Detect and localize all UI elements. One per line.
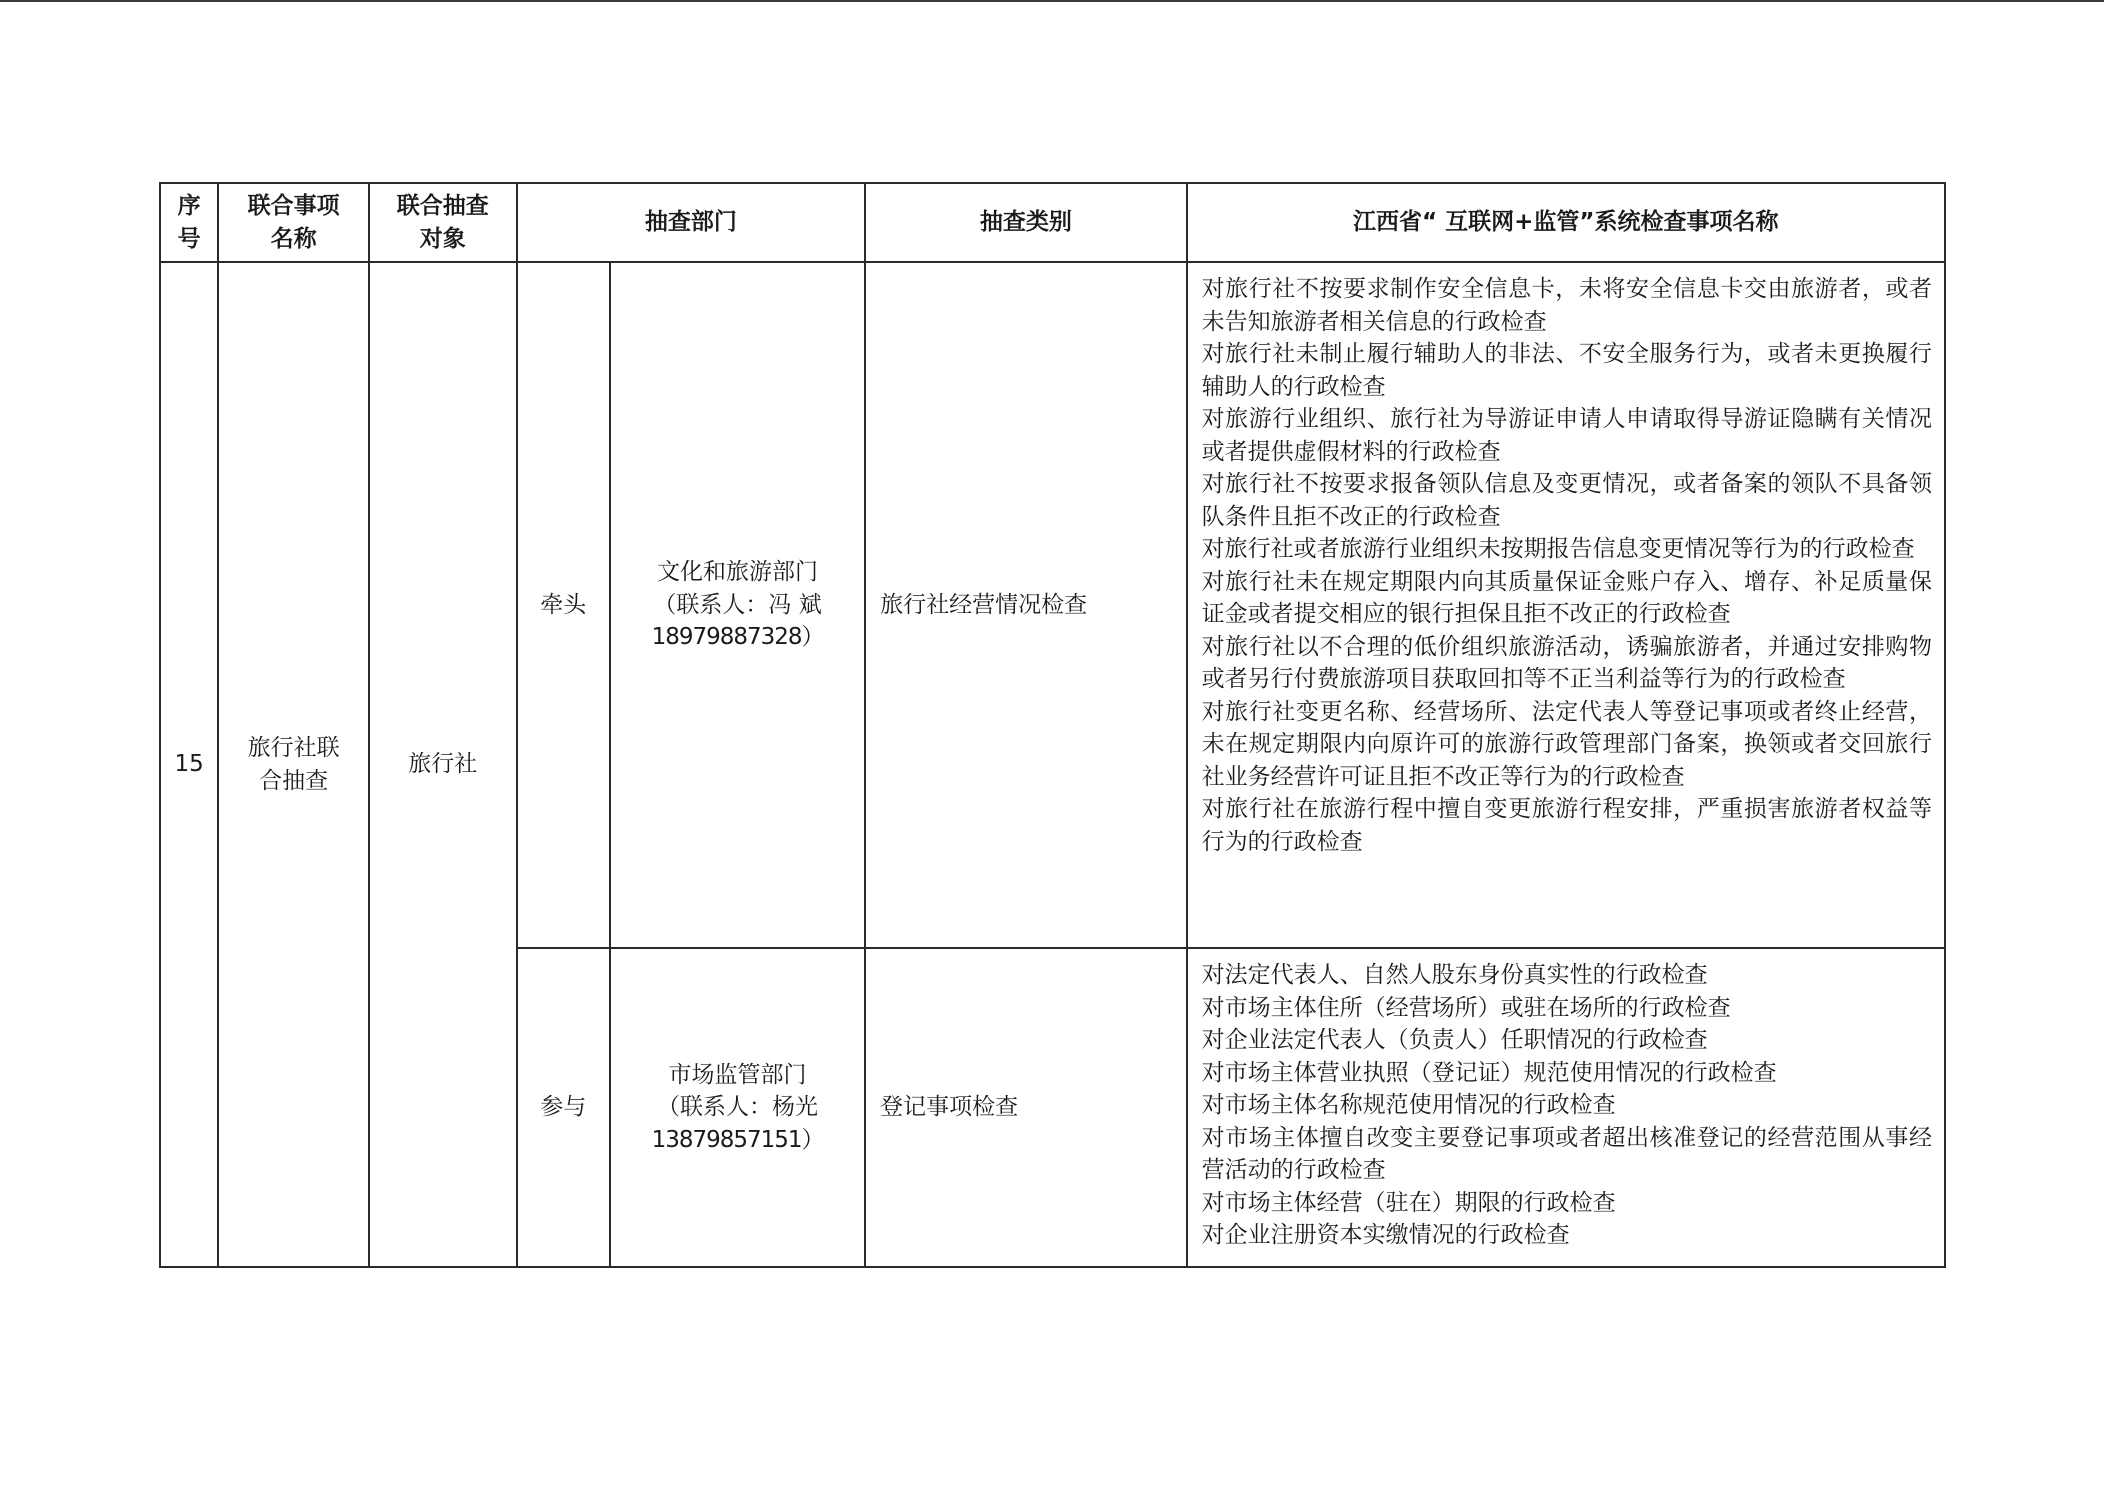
inspection-item: 对旅行社或者旅游行业组织未按期报告信息变更情况等行为的行政检查 [1202,533,1932,566]
cell-dept-lead: 文化和旅游部门 （联系人：冯 斌 18979887328） [610,262,865,948]
inspection-item: 对旅游行业组织、旅行社为导游证申请人申请取得导游证隐瞒有关情况或者提供虚假材料的… [1202,403,1932,468]
cell-joint-item-name: 旅行社联 合抽查 [218,262,369,1267]
cell-role-participant: 参与 [517,948,610,1267]
header-joint-item-name-line1: 联合事项 [248,193,340,219]
joint-item-name-line1: 旅行社联 [248,735,340,761]
header-joint-item-name: 联合事项 名称 [218,183,369,262]
cell-items-lead: 对旅行社不按要求制作安全信息卡，未将安全信息卡交由旅游者，或者未告知旅游者相关信… [1187,262,1945,948]
header-joint-object: 联合抽查 对象 [369,183,517,262]
table-row: 15 旅行社联 合抽查 旅行社 牵头 文化和旅游部门 （联系人：冯 斌 1897… [160,262,1945,948]
cell-category-participant: 登记事项检查 [865,948,1186,1267]
dept-name: 市场监管部门 [669,1062,807,1088]
header-category: 抽查类别 [865,183,1186,262]
cell-items-participant: 对法定代表人、自然人股东身份真实性的行政检查 对市场主体住所（经营场所）或驻在场… [1187,948,1945,1267]
cell-category-lead: 旅行社经营情况检查 [865,262,1186,948]
header-joint-object-line1: 联合抽查 [397,193,489,219]
header-joint-item-name-line2: 名称 [271,226,317,252]
inspection-item: 对法定代表人、自然人股东身份真实性的行政检查 [1202,959,1932,992]
inspection-item: 对旅行社未制止履行辅助人的非法、不安全服务行为，或者未更换履行辅助人的行政检查 [1202,338,1932,403]
inspection-item: 对市场主体擅自改变主要登记事项或者超出核准登记的经营范围从事经营活动的行政检查 [1202,1122,1932,1187]
inspection-item: 对旅行社以不合理的低价组织旅游活动，诱骗旅游者，并通过安排购物或者另行付费旅游项… [1202,631,1932,696]
dept-name: 文化和旅游部门 [657,559,818,585]
inspection-item: 对旅行社未在规定期限内向其质量保证金账户存入、增存、补足质量保证金或者提交相应的… [1202,566,1932,631]
joint-inspection-table: 序 号 联合事项 名称 联合抽查 对象 抽查部门 抽查类别 江西省“ 互联网+监… [159,182,1946,1268]
inspection-item: 对市场主体名称规范使用情况的行政检查 [1202,1089,1932,1122]
header-joint-object-line2: 对象 [420,226,466,252]
inspection-item: 对市场主体营业执照（登记证）规范使用情况的行政检查 [1202,1057,1932,1090]
inspection-item: 对企业法定代表人（负责人）任职情况的行政检查 [1202,1024,1932,1057]
header-department: 抽查部门 [517,183,866,262]
cell-joint-object: 旅行社 [369,262,517,1267]
inspection-item: 对旅行社不按要求报备领队信息及变更情况，或者备案的领队不具备领队条件且拒不改正的… [1202,468,1932,533]
joint-item-name-line2: 合抽查 [259,768,328,794]
header-system-items: 江西省“ 互联网+监管”系统检查事项名称 [1187,183,1945,262]
page-top-rule [0,0,2104,2]
inspection-item: 对市场主体经营（驻在）期限的行政检查 [1202,1187,1932,1220]
inspection-item: 对市场主体住所（经营场所）或驻在场所的行政检查 [1202,992,1932,1025]
header-seq-line1: 序 [178,193,201,219]
table-header-row: 序 号 联合事项 名称 联合抽查 对象 抽查部门 抽查类别 江西省“ 互联网+监… [160,183,1945,262]
inspection-item: 对旅行社不按要求制作安全信息卡，未将安全信息卡交由旅游者，或者未告知旅游者相关信… [1202,273,1932,338]
inspection-item: 对旅行社变更名称、经营场所、法定代表人等登记事项或者终止经营，未在规定期限内向原… [1202,696,1932,794]
inspection-item: 对企业注册资本实缴情况的行政检查 [1202,1219,1932,1252]
dept-phone: 18979887328） [611,621,864,654]
dept-contact: （联系人：冯 斌 [653,592,821,618]
cell-role-lead: 牵头 [517,262,610,948]
header-seq-line2: 号 [178,226,201,252]
cell-dept-participant: 市场监管部门 （联系人：杨光 13879857151） [610,948,865,1267]
dept-contact: （联系人：杨光 [657,1094,818,1120]
inspection-item: 对旅行社在旅游行程中擅自变更旅游行程安排，严重损害旅游者权益等行为的行政检查 [1202,793,1932,858]
dept-phone: 13879857151） [611,1124,864,1157]
cell-seq: 15 [160,262,218,1267]
header-seq: 序 号 [160,183,218,262]
